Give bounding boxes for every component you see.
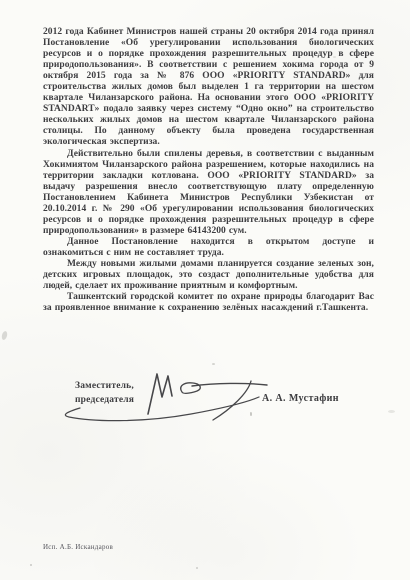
paragraph-green-zones: Между новыми жилыми домами планируется с… — [43, 259, 374, 292]
scan-speck — [250, 412, 252, 416]
scan-speck — [212, 363, 215, 365]
paragraph-open-access: Данное Постановление находится в открыто… — [43, 237, 374, 259]
paragraph-trees-permit: Действительно были спилены деревья, в со… — [43, 149, 374, 237]
scan-speck — [333, 56, 336, 58]
signatory-name: А. А. Мустафин — [262, 393, 339, 404]
paragraph-continuation: 2012 года Кабинет Министров нашей страны… — [43, 27, 374, 149]
scan-speck — [30, 564, 32, 566]
handwritten-signature — [55, 365, 290, 427]
scanned-letter-page: 2012 года Кабинет Министров нашей страны… — [0, 0, 410, 580]
scan-speck — [388, 410, 395, 413]
scan-speck — [1, 331, 8, 341]
letter-body: 2012 года Кабинет Министров нашей страны… — [43, 27, 374, 314]
scan-speck — [196, 567, 198, 569]
executor-note: Исп. А.Б. Искандаров — [43, 543, 113, 551]
paragraph-gratitude: Ташкентский городской комитет по охране … — [43, 292, 374, 314]
